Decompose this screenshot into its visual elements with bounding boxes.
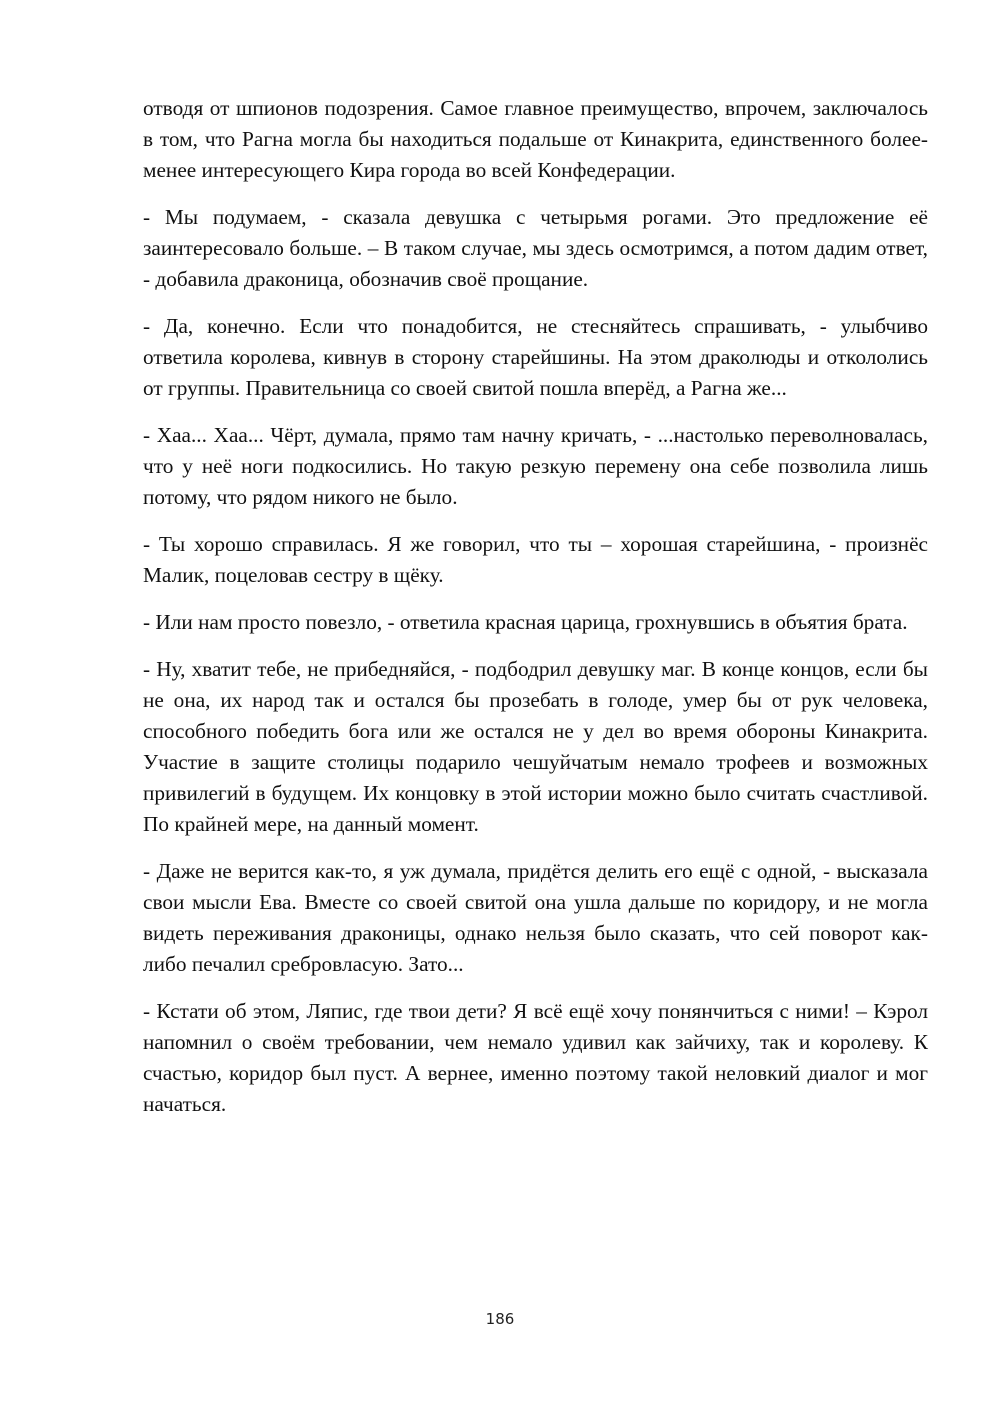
paragraph: - Ну, хватит тебе, не прибедняйся, - под…: [143, 654, 928, 840]
page-body: отводя от шпионов подозрения. Самое глав…: [143, 93, 928, 1136]
paragraph: - Хаа... Хаа... Чёрт, думала, прямо там …: [143, 420, 928, 513]
paragraph: отводя от шпионов подозрения. Самое глав…: [143, 93, 928, 186]
page-number: 186: [0, 1310, 1000, 1328]
paragraph: - Даже не верится как-то, я уж думала, п…: [143, 856, 928, 980]
paragraph: - Ты хорошо справилась. Я же говорил, чт…: [143, 529, 928, 591]
paragraph: - Кстати об этом, Ляпис, где твои дети? …: [143, 996, 928, 1120]
paragraph: - Или нам просто повезло, - ответила кра…: [143, 607, 928, 638]
paragraph: - Да, конечно. Если что понадобится, не …: [143, 311, 928, 404]
paragraph: - Мы подумаем, - сказала девушка с четыр…: [143, 202, 928, 295]
